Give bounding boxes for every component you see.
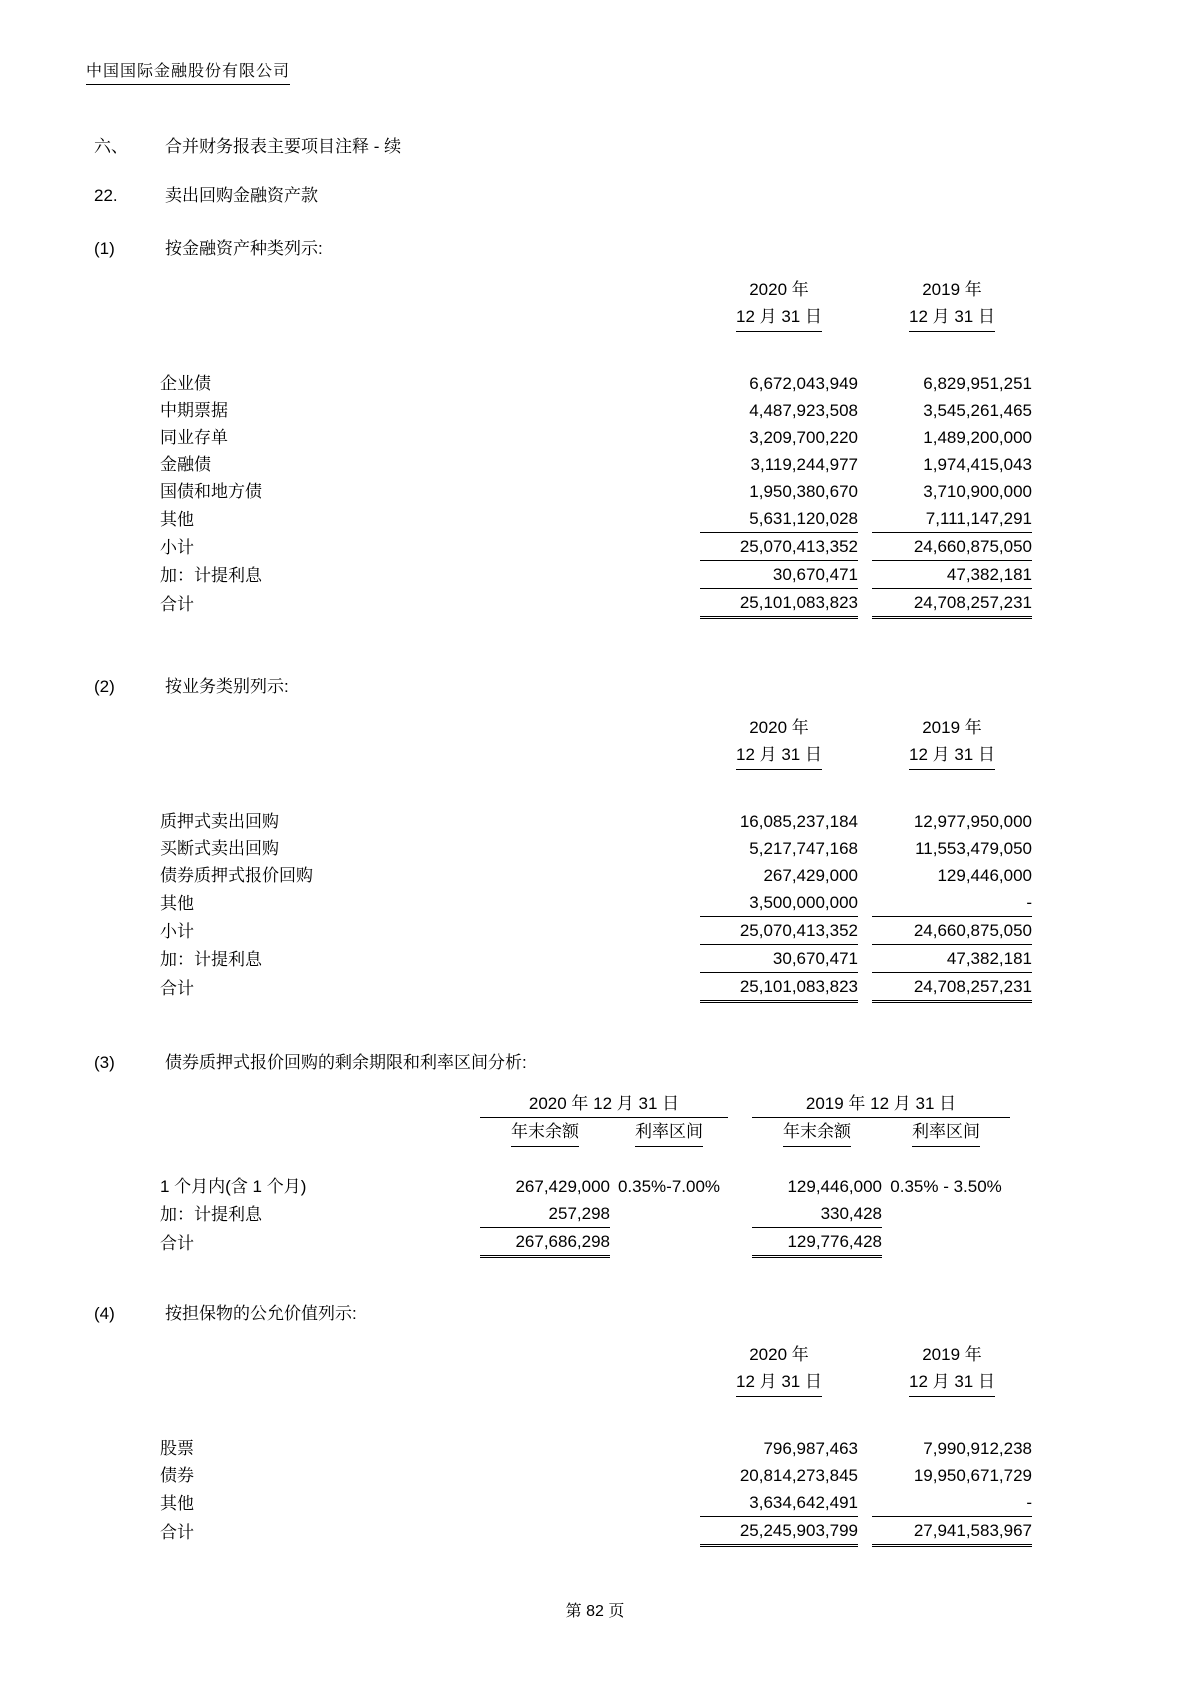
value-2020: 20,814,273,845 [700, 1462, 858, 1489]
year-header-2019: 2019 年 [872, 714, 1032, 741]
section-number: 六、 [94, 133, 165, 160]
balance-header-2020: 年末余额 [511, 1118, 579, 1147]
row-label: 合计 [160, 973, 700, 1002]
value-2020: 1,950,380,670 [700, 478, 858, 505]
row-label: 合计 [160, 589, 700, 618]
table-row: 同业存单 3,209,700,220 1,489,200,000 [160, 424, 1032, 451]
value-2019: 7,111,147,291 [872, 505, 1032, 533]
value-2020: 3,209,700,220 [700, 424, 858, 451]
total-row: 合计 25,101,083,823 24,708,257,231 [160, 589, 1032, 618]
table-by-business-category: 2020 年 2019 年 12 月 31 日 12 月 31 日 质押式卖出回… [160, 714, 1032, 1003]
value-2019: 1,974,415,043 [872, 451, 1032, 478]
balance-2019: 330,428 [752, 1200, 882, 1228]
value-2020: 796,987,463 [700, 1435, 858, 1462]
row-label: 其他 [160, 889, 700, 917]
year-header-2020: 2020 年 [700, 714, 858, 741]
subsection-4-number: (4) [94, 1300, 165, 1327]
value-2019: 1,489,200,000 [872, 424, 1032, 451]
rate-2020 [610, 1228, 728, 1257]
subsection-1-title: 按金融资产种类列示: [165, 235, 1190, 262]
table-row: 金融债 3,119,244,977 1,974,415,043 [160, 451, 1032, 478]
rate-2019 [882, 1228, 1010, 1257]
subsection-4-title: 按担保物的公允价值列示: [165, 1300, 1190, 1327]
table-row: 国债和地方债 1,950,380,670 3,710,900,000 [160, 478, 1032, 505]
value-2019: 3,545,261,465 [872, 397, 1032, 424]
row-label: 质押式卖出回购 [160, 808, 700, 835]
value-2019: 11,553,479,050 [872, 835, 1032, 862]
value-2019: 129,446,000 [872, 862, 1032, 889]
table-by-asset-type: 2020 年 2019 年 12 月 31 日 12 月 31 日 企业债 6,… [160, 276, 1032, 619]
value-2020: 5,217,747,168 [700, 835, 858, 862]
group-header-2020: 2020 年 12 月 31 日 [480, 1090, 728, 1118]
row-label: 加：计提利息 [160, 945, 700, 973]
year-header-2020: 2020 年 [700, 276, 858, 303]
value-2019: 24,708,257,231 [872, 973, 1032, 1002]
value-2020: 30,670,471 [700, 561, 858, 589]
value-2019: 47,382,181 [872, 945, 1032, 973]
subsection-2-number: (2) [94, 673, 165, 700]
value-2020: 16,085,237,184 [700, 808, 858, 835]
value-2019: 7,990,912,238 [872, 1435, 1032, 1462]
value-2019: 12,977,950,000 [872, 808, 1032, 835]
year-header-2020: 2020 年 [700, 1341, 858, 1368]
value-2020: 3,500,000,000 [700, 889, 858, 917]
interest-row: 加：计提利息 30,670,471 47,382,181 [160, 561, 1032, 589]
date-header-2019: 12 月 31 日 [909, 741, 995, 770]
balance-2019: 129,446,000 [752, 1173, 882, 1200]
table-row: 买断式卖出回购 5,217,747,168 11,553,479,050 [160, 835, 1032, 862]
section-title: 合并财务报表主要项目注释 - 续 [165, 133, 1190, 160]
rate-header-2019: 利率区间 [912, 1118, 980, 1147]
value-2019: 19,950,671,729 [872, 1462, 1032, 1489]
table-maturity-rate: 2020 年 12 月 31 日 2019 年 12 月 31 日 年末余额 利… [160, 1090, 1010, 1258]
value-2019: 24,660,875,050 [872, 533, 1032, 561]
value-2019: 3,710,900,000 [872, 478, 1032, 505]
rate-2020 [610, 1200, 728, 1228]
rate-2020: 0.35%-7.00% [610, 1173, 728, 1200]
note-number: 22. [94, 182, 165, 209]
row-label: 企业债 [160, 370, 700, 397]
row-label: 加：计提利息 [160, 561, 700, 589]
interest-row: 加：计提利息 30,670,471 47,382,181 [160, 945, 1032, 973]
year-header-row: 2020 年 2019 年 [160, 714, 1032, 741]
row-label: 股票 [160, 1435, 700, 1462]
year-header-row: 2020 年 2019 年 [160, 276, 1032, 303]
value-2019: 24,660,875,050 [872, 917, 1032, 945]
subsection-1-heading: (1) 按金融资产种类列示: [94, 235, 1190, 262]
table-row: 其他 3,634,642,491 - [160, 1489, 1032, 1517]
row-label: 小计 [160, 917, 700, 945]
subsection-3-heading: (3) 债券质押式报价回购的剩余期限和利率区间分析: [94, 1049, 1190, 1076]
column-header-row: 年末余额 利率区间 年末余额 利率区间 [160, 1118, 1010, 1148]
row-label: 中期票据 [160, 397, 700, 424]
rate-2019 [882, 1200, 1010, 1228]
value-2020: 25,101,083,823 [700, 589, 858, 618]
row-label: 国债和地方债 [160, 478, 700, 505]
row-label: 其他 [160, 505, 700, 533]
subtotal-row: 小计 25,070,413,352 24,660,875,050 [160, 533, 1032, 561]
row-label: 小计 [160, 533, 700, 561]
value-2020: 25,070,413,352 [700, 917, 858, 945]
value-2020: 6,672,043,949 [700, 370, 858, 397]
value-2020: 3,634,642,491 [700, 1489, 858, 1517]
row-label: 债券质押式报价回购 [160, 862, 700, 889]
value-2020: 25,070,413,352 [700, 533, 858, 561]
subsection-2-title: 按业务类别列示: [165, 673, 1190, 700]
year-header-2019: 2019 年 [872, 276, 1032, 303]
subtotal-row: 小计 25,070,413,352 24,660,875,050 [160, 917, 1032, 945]
year-header-2019: 2019 年 [872, 1341, 1032, 1368]
table-row: 其他 3,500,000,000 - [160, 889, 1032, 917]
row-label: 加：计提利息 [160, 1200, 480, 1228]
company-name: 中国国际金融股份有限公司 [86, 58, 290, 85]
table-row: 债券质押式报价回购 267,429,000 129,446,000 [160, 862, 1032, 889]
note-heading: 22. 卖出回购金融资产款 [94, 182, 1190, 209]
row-label: 1 个月内(含 1 个月) [160, 1173, 480, 1200]
balance-2020: 267,686,298 [480, 1228, 610, 1257]
row-label: 同业存单 [160, 424, 700, 451]
subsection-1-number: (1) [94, 235, 165, 262]
date-header-row: 12 月 31 日 12 月 31 日 [160, 1368, 1032, 1397]
table-row: 1 个月内(含 1 个月) 267,429,000 0.35%-7.00% 12… [160, 1173, 1010, 1200]
company-header-row: 中国国际金融股份有限公司 [0, 0, 1190, 85]
page-number: 第 82 页 [0, 1598, 1190, 1621]
total-row: 合计 267,686,298 129,776,428 [160, 1228, 1010, 1257]
value-2019: 24,708,257,231 [872, 589, 1032, 618]
value-2020: 3,119,244,977 [700, 451, 858, 478]
row-label: 债券 [160, 1462, 700, 1489]
value-2019: - [872, 1489, 1032, 1517]
value-2019: 47,382,181 [872, 561, 1032, 589]
total-row: 合计 25,101,083,823 24,708,257,231 [160, 973, 1032, 1002]
subsection-2-heading: (2) 按业务类别列示: [94, 673, 1190, 700]
row-label: 合计 [160, 1517, 700, 1546]
value-2020: 25,245,903,799 [700, 1517, 858, 1546]
date-header-row: 12 月 31 日 12 月 31 日 [160, 741, 1032, 770]
table-row: 其他 5,631,120,028 7,111,147,291 [160, 505, 1032, 533]
row-label: 合计 [160, 1228, 480, 1257]
value-2020: 30,670,471 [700, 945, 858, 973]
table-row: 债券 20,814,273,845 19,950,671,729 [160, 1462, 1032, 1489]
date-header-2020: 12 月 31 日 [736, 741, 822, 770]
subsection-3-number: (3) [94, 1049, 165, 1076]
group-header-row: 2020 年 12 月 31 日 2019 年 12 月 31 日 [160, 1090, 1010, 1118]
table-row: 企业债 6,672,043,949 6,829,951,251 [160, 370, 1032, 397]
rate-2019: 0.35% - 3.50% [882, 1173, 1010, 1200]
date-header-2020: 12 月 31 日 [736, 1368, 822, 1397]
value-2019: 27,941,583,967 [872, 1517, 1032, 1546]
balance-header-2019: 年末余额 [783, 1118, 851, 1147]
date-header-2020: 12 月 31 日 [736, 303, 822, 332]
row-label: 其他 [160, 1489, 700, 1517]
date-header-2019: 12 月 31 日 [909, 1368, 995, 1397]
balance-2020: 267,429,000 [480, 1173, 610, 1200]
balance-2020: 257,298 [480, 1200, 610, 1228]
value-2020: 4,487,923,508 [700, 397, 858, 424]
year-header-row: 2020 年 2019 年 [160, 1341, 1032, 1368]
total-row: 合计 25,245,903,799 27,941,583,967 [160, 1517, 1032, 1546]
group-header-2019: 2019 年 12 月 31 日 [752, 1090, 1010, 1118]
value-2020: 267,429,000 [700, 862, 858, 889]
table-row: 股票 796,987,463 7,990,912,238 [160, 1435, 1032, 1462]
date-header-row: 12 月 31 日 12 月 31 日 [160, 303, 1032, 332]
value-2019: 6,829,951,251 [872, 370, 1032, 397]
section-heading: 六、 合并财务报表主要项目注释 - 续 [94, 133, 1190, 160]
value-2020: 25,101,083,823 [700, 973, 858, 1002]
value-2020: 5,631,120,028 [700, 505, 858, 533]
value-2019: - [872, 889, 1032, 917]
table-row: 中期票据 4,487,923,508 3,545,261,465 [160, 397, 1032, 424]
table-by-collateral: 2020 年 2019 年 12 月 31 日 12 月 31 日 股票 796… [160, 1341, 1032, 1547]
rate-header-2020: 利率区间 [635, 1118, 703, 1147]
balance-2019: 129,776,428 [752, 1228, 882, 1257]
date-header-2019: 12 月 31 日 [909, 303, 995, 332]
table-row: 质押式卖出回购 16,085,237,184 12,977,950,000 [160, 808, 1032, 835]
subsection-4-heading: (4) 按担保物的公允价值列示: [94, 1300, 1190, 1327]
row-label: 买断式卖出回购 [160, 835, 700, 862]
interest-row: 加：计提利息 257,298 330,428 [160, 1200, 1010, 1228]
note-title: 卖出回购金融资产款 [165, 182, 1190, 209]
subsection-3-title: 债券质押式报价回购的剩余期限和利率区间分析: [165, 1049, 1190, 1076]
document-page: 中国国际金融股份有限公司 六、 合并财务报表主要项目注释 - 续 22. 卖出回… [0, 0, 1190, 1684]
row-label: 金融债 [160, 451, 700, 478]
